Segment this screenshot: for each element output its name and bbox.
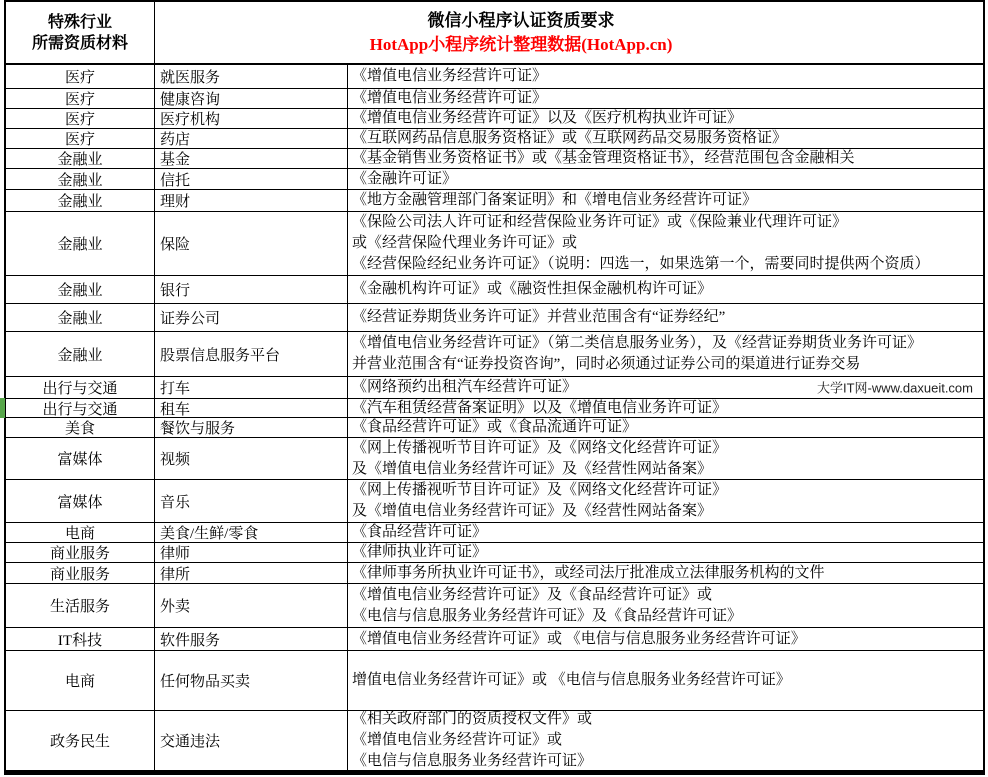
table-row: 医疗健康咨询《增值电信业务经营许可证》 (6, 89, 983, 109)
requirement-cell: 《食品经营许可证》 (347, 523, 983, 542)
requirement-cell: 《网上传播视听节目许可证》及《网络文化经营许可证》及《增值电信业务经营许可证》及… (347, 438, 983, 479)
table-row: 金融业银行《金融机构许可证》或《融资性担保金融机构许可证》 (6, 276, 983, 304)
requirement-line: 《律师事务所执业许可证书》，或经司法厅批准成立法律服务机构的文件 (352, 563, 983, 583)
requirement-cell: 《增值电信业务经营许可证》 (347, 65, 983, 88)
subcategory-cell: 银行 (154, 276, 347, 303)
requirement-line: 《经营保险经纪业务许可证》（说明：四选一，如果选第一个，需要同时提供两个资质） (352, 254, 983, 275)
subcategory-cell: 律师 (154, 543, 347, 562)
category-cell: 美食 (6, 418, 154, 437)
requirement-cell: 《经营证券期货业务许可证》并营业范围含有“证券经纪” (347, 304, 983, 331)
requirement-line: 《增值电信业务经营许可证》或 《电信与信息服务业务经营许可证》 (352, 629, 983, 650)
requirement-cell: 《互联网药品信息服务资格证》或《互联网药品交易服务资格证》 (347, 129, 983, 148)
subcategory-cell: 理财 (154, 190, 347, 211)
requirement-line: 《增值电信业务经营许可证》以及《医疗机构执业许可证》 (352, 109, 983, 128)
category-cell: 金融业 (6, 304, 154, 331)
requirement-line: 《增值电信业务经营许可证》（第二类信息服务业务），及《经营证券期货业务许可证》 (352, 333, 983, 354)
category-cell: 医疗 (6, 109, 154, 128)
category-cell: 金融业 (6, 276, 154, 303)
subcategory-cell: 交通违法 (154, 711, 347, 770)
requirement-line: 《食品经营许可证》 (352, 523, 983, 542)
category-cell: 电商 (6, 523, 154, 542)
requirement-cell: 《金融许可证》 (347, 169, 983, 189)
category-cell: 富媒体 (6, 438, 154, 479)
requirement-line: 及《增值电信业务经营许可证》及《经营性网站备案》 (352, 459, 983, 480)
table-row: 政务民生交通违法《相关政府部门的资质授权文件》或《增值电信业务经营许可证》或《电… (6, 711, 983, 770)
requirement-cell: 《律师事务所执业许可证书》，或经司法厅批准成立法律服务机构的文件 (347, 563, 983, 583)
category-cell: 商业服务 (6, 543, 154, 562)
requirement-line: 《保险公司法人许可证和经营保险业务许可证》或《保险兼业代理许可证》 (352, 212, 983, 233)
category-cell: 商业服务 (6, 563, 154, 583)
requirement-cell: 《基金销售业务资格证书》或《基金管理资格证书》，经营范围包含金融相关 (347, 149, 983, 168)
subcategory-cell: 租车 (154, 399, 347, 417)
category-cell: IT科技 (6, 628, 154, 650)
requirement-line: 《食品经营许可证》或《食品流通许可证》 (352, 418, 983, 437)
table-header: 特殊行业 所需资质材料 微信小程序认证资质要求 HotApp小程序统计整理数据(… (6, 2, 983, 65)
table-row: 生活服务外卖《增值电信业务经营许可证》及《食品经营许可证》或《电信与信息服务业务… (6, 584, 983, 628)
category-cell: 金融业 (6, 190, 154, 211)
requirement-cell: 《食品经营许可证》或《食品流通许可证》 (347, 418, 983, 437)
header-industry-line2: 所需资质材料 (6, 33, 154, 54)
requirement-line: 《增值电信业务经营许可证》或 (352, 730, 983, 751)
requirement-cell: 《网络预约出租汽车经营许可证》大学IT网-www.daxueit.com (347, 377, 983, 398)
subcategory-cell: 保险 (154, 212, 347, 275)
category-cell: 金融业 (6, 169, 154, 189)
requirement-line: 增值电信业务经营许可证》或 《电信与信息服务业务经营许可证》 (352, 670, 983, 691)
requirement-cell: 《增值电信业务经营许可证》及《食品经营许可证》或《电信与信息服务业务经营许可证》… (347, 584, 983, 627)
subcategory-cell: 律所 (154, 563, 347, 583)
watermark-text: 大学IT网-www.daxueit.com (817, 377, 973, 398)
category-cell: 金融业 (6, 212, 154, 275)
requirement-line: 《金融许可证》 (352, 169, 983, 189)
subcategory-cell: 健康咨询 (154, 89, 347, 108)
requirement-line: 《网上传播视听节目许可证》及《网络文化经营许可证》 (352, 480, 983, 501)
table-row: 医疗医疗机构《增值电信业务经营许可证》以及《医疗机构执业许可证》 (6, 109, 983, 129)
table-row: 商业服务律师《律师执业许可证》 (6, 543, 983, 563)
subcategory-cell: 任何物品买卖 (154, 651, 347, 710)
category-cell: 金融业 (6, 332, 154, 376)
requirement-cell: 《地方金融管理部门备案证明》和《增电信业务经营许可证》 (347, 190, 983, 211)
table-row: 商业服务律所《律师事务所执业许可证书》，或经司法厅批准成立法律服务机构的文件 (6, 563, 983, 584)
requirement-cell: 《汽车租赁经营备案证明》以及《增值电信业务许可证》 (347, 399, 983, 417)
category-cell: 医疗 (6, 65, 154, 88)
category-cell: 政务民生 (6, 711, 154, 770)
subcategory-cell: 股票信息服务平台 (154, 332, 347, 376)
requirement-cell: 《律师执业许可证》 (347, 543, 983, 562)
table-body: 医疗就医服务《增值电信业务经营许可证》医疗健康咨询《增值电信业务经营许可证》医疗… (6, 65, 983, 770)
table-row: 金融业保险《保险公司法人许可证和经营保险业务许可证》或《保险兼业代理许可证》或《… (6, 212, 983, 276)
requirement-line: 《增值电信业务经营许可证》 (352, 66, 983, 87)
category-cell: 医疗 (6, 89, 154, 108)
subcategory-cell: 药店 (154, 129, 347, 148)
table-row: 金融业股票信息服务平台《增值电信业务经营许可证》（第二类信息服务业务），及《经营… (6, 332, 983, 377)
requirement-line: 《电信与信息服务业务经营许可证》及《食品经营许可证》 (352, 606, 983, 627)
subcategory-cell: 医疗机构 (154, 109, 347, 128)
table-row: 出行与交通打车《网络预约出租汽车经营许可证》大学IT网-www.daxueit.… (6, 377, 983, 399)
requirement-cell: 《相关政府部门的资质授权文件》或《增值电信业务经营许可证》或《电信与信息服务业务… (347, 711, 983, 770)
category-cell: 生活服务 (6, 584, 154, 627)
subcategory-cell: 外卖 (154, 584, 347, 627)
requirement-line: 并营业范围含有“证券投资咨询”，同时必须通过证券公司的渠道进行证券交易 (352, 354, 983, 375)
requirement-cell: 增值电信业务经营许可证》或 《电信与信息服务业务经营许可证》 (347, 651, 983, 710)
subcategory-cell: 美食/生鲜/零食 (154, 523, 347, 542)
table-row: 出行与交通租车《汽车租赁经营备案证明》以及《增值电信业务许可证》 (6, 399, 983, 418)
requirement-line: 《增值电信业务经营许可证》及《食品经营许可证》或 (352, 585, 983, 606)
subcategory-cell: 餐饮与服务 (154, 418, 347, 437)
table-row: 金融业理财《地方金融管理部门备案证明》和《增电信业务经营许可证》 (6, 190, 983, 212)
page-title: 微信小程序认证资质要求 (428, 9, 615, 33)
requirement-cell: 《网上传播视听节目许可证》及《网络文化经营许可证》及《增值电信业务经营许可证》及… (347, 480, 983, 522)
table-row: 金融业信托《金融许可证》 (6, 169, 983, 190)
header-industry-line1: 特殊行业 (6, 12, 154, 33)
requirement-line: 或《经营保险代理业务许可证》或 (352, 233, 983, 254)
subcategory-cell: 视频 (154, 438, 347, 479)
table-row: 美食餐饮与服务《食品经营许可证》或《食品流通许可证》 (6, 418, 983, 438)
requirement-cell: 《增值电信业务经营许可证》以及《医疗机构执业许可证》 (347, 109, 983, 128)
table-row: 医疗就医服务《增值电信业务经营许可证》 (6, 65, 983, 89)
requirement-line: 《经营证券期货业务许可证》并营业范围含有“证券经纪” (352, 307, 983, 328)
category-cell: 出行与交通 (6, 399, 154, 417)
page-subtitle: HotApp小程序统计整理数据(HotApp.cn) (370, 33, 673, 57)
category-cell: 出行与交通 (6, 377, 154, 398)
table-row: 富媒体音乐《网上传播视听节目许可证》及《网络文化经营许可证》及《增值电信业务经营… (6, 480, 983, 523)
table-row: 电商任何物品买卖增值电信业务经营许可证》或 《电信与信息服务业务经营许可证》 (6, 651, 983, 711)
requirement-line: 《增值电信业务经营许可证》 (352, 89, 983, 108)
category-cell: 电商 (6, 651, 154, 710)
requirement-line: 《汽车租赁经营备案证明》以及《增值电信业务许可证》 (352, 399, 983, 417)
requirement-cell: 《金融机构许可证》或《融资性担保金融机构许可证》 (347, 276, 983, 303)
header-industry-cell: 特殊行业 所需资质材料 (6, 2, 154, 63)
qualification-table: 特殊行业 所需资质材料 微信小程序认证资质要求 HotApp小程序统计整理数据(… (4, 0, 985, 775)
table-row: 电商美食/生鲜/零食《食品经营许可证》 (6, 523, 983, 543)
requirement-line: 《律师执业许可证》 (352, 543, 983, 562)
table-row: 富媒体视频《网上传播视听节目许可证》及《网络文化经营许可证》及《增值电信业务经营… (6, 438, 983, 480)
table-row: 医疗药店《互联网药品信息服务资格证》或《互联网药品交易服务资格证》 (6, 129, 983, 149)
subcategory-cell: 信托 (154, 169, 347, 189)
requirement-line: 《网上传播视听节目许可证》及《网络文化经营许可证》 (352, 438, 983, 459)
requirement-line: 及《增值电信业务经营许可证》及《经营性网站备案》 (352, 501, 983, 522)
table-row: IT科技软件服务《增值电信业务经营许可证》或 《电信与信息服务业务经营许可证》 (6, 628, 983, 651)
requirement-line: 《地方金融管理部门备案证明》和《增电信业务经营许可证》 (352, 190, 983, 211)
requirement-line: 《电信与信息服务业务经营许可证》 (352, 751, 983, 770)
category-cell: 金融业 (6, 149, 154, 168)
subcategory-cell: 证券公司 (154, 304, 347, 331)
category-cell: 医疗 (6, 129, 154, 148)
requirement-line: 《互联网药品信息服务资格证》或《互联网药品交易服务资格证》 (352, 129, 983, 148)
table-row: 金融业证券公司《经营证券期货业务许可证》并营业范围含有“证券经纪” (6, 304, 983, 332)
requirement-cell: 《增值电信业务经营许可证》或 《电信与信息服务业务经营许可证》 (347, 628, 983, 650)
requirement-cell: 《增值电信业务经营许可证》 (347, 89, 983, 108)
requirement-line: 《金融机构许可证》或《融资性担保金融机构许可证》 (352, 279, 983, 300)
table-row: 金融业基金《基金销售业务资格证书》或《基金管理资格证书》，经营范围包含金融相关 (6, 149, 983, 169)
subcategory-cell: 软件服务 (154, 628, 347, 650)
subcategory-cell: 音乐 (154, 480, 347, 522)
category-cell: 富媒体 (6, 480, 154, 522)
requirement-line: 《相关政府部门的资质授权文件》或 (352, 711, 983, 730)
requirement-cell: 《保险公司法人许可证和经营保险业务许可证》或《保险兼业代理许可证》或《经营保险代… (347, 212, 983, 275)
subcategory-cell: 基金 (154, 149, 347, 168)
requirement-cell: 《增值电信业务经营许可证》（第二类信息服务业务），及《经营证券期货业务许可证》并… (347, 332, 983, 376)
subcategory-cell: 就医服务 (154, 65, 347, 88)
requirement-line: 《基金销售业务资格证书》或《基金管理资格证书》，经营范围包含金融相关 (352, 149, 983, 168)
subcategory-cell: 打车 (154, 377, 347, 398)
header-title-cell: 微信小程序认证资质要求 HotApp小程序统计整理数据(HotApp.cn) (154, 2, 983, 63)
